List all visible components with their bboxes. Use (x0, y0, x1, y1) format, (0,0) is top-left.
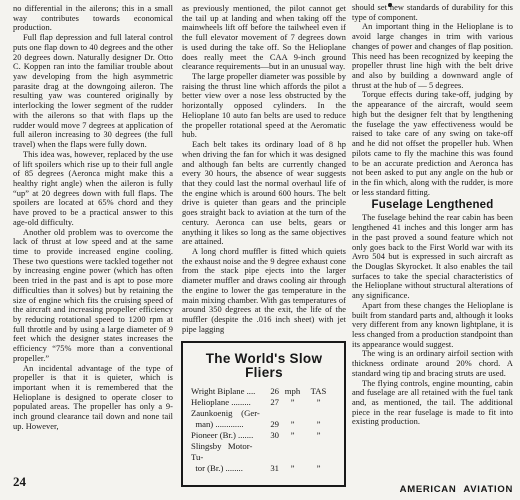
table-cell-unit: ” (306, 430, 331, 441)
paragraph: This idea was, however, replaced by the … (13, 150, 173, 228)
magazine-page: { "page": { "number": "24", "footer_bran… (0, 0, 520, 500)
table-cell-unit: mph (279, 386, 306, 397)
table-cell-value: 29 (264, 419, 279, 430)
paragraph: as previously mentioned, the pilot canno… (182, 4, 346, 72)
paragraph: A long chord muffler is fitted which qui… (182, 247, 346, 334)
table-row: Wright Biplane .... 26 mph TAS (191, 386, 337, 397)
table-cell-unit: ” (279, 419, 306, 430)
page-number: 24 (13, 474, 26, 490)
slow-fliers-table: The World's Slow Fliers Wright Biplane .… (181, 341, 346, 486)
text-column-2: as previously mentioned, the pilot canno… (182, 4, 346, 487)
paragraph: Torque effects during take-off, judging … (352, 90, 513, 197)
table-cell-value: 26 (264, 386, 279, 397)
table-cell-value: 30 (264, 430, 279, 441)
text-column-1: no differential in the ailerons; this in… (13, 4, 173, 432)
paragraph: Full flap depression and full lateral co… (13, 33, 173, 150)
table-cell-name: Slingsby Motor-Tu- (191, 441, 264, 463)
table-row: Zaunkoenig (Ger- (191, 408, 337, 419)
table-cell-unit: TAS (306, 386, 331, 397)
table-cell-name: Zaunkoenig (Ger- (191, 408, 264, 419)
table-cell-unit: ” (306, 397, 331, 408)
text-column-3: should set new standards of durability f… (352, 3, 513, 427)
table-cell-unit: ” (279, 463, 306, 474)
table-cell-value: 27 (264, 397, 279, 408)
table-cell-name: Wright Biplane .... (191, 386, 264, 397)
paragraph: The flying controls, engine mounting, ca… (352, 379, 513, 428)
table-cell-name: man) ............. (191, 419, 264, 430)
table-cell-unit: ” (306, 463, 331, 474)
paragraph: Each belt takes its ordinary load of 8 h… (182, 140, 346, 247)
paragraph: The large propeller diameter was possibl… (182, 72, 346, 140)
table-cell-unit: ” (306, 419, 331, 430)
table-row: man) ............. 29 ” ” (191, 419, 337, 430)
paragraph: An important thing in the Helioplane is … (352, 22, 513, 90)
section-heading-fuselage-lengthened: Fuselage Lengthened (352, 199, 513, 212)
slow-fliers-table-title: The World's Slow Fliers (191, 352, 337, 380)
table-cell-name: tor (Br.) ........ (191, 463, 264, 474)
table-cell-unit: ” (279, 397, 306, 408)
table-row: Helioplane ......... 27 ” ” (191, 397, 337, 408)
paragraph: Another old problem was to overcome the … (13, 228, 173, 364)
table-cell-name: Pioneer (Br.) ....... (191, 430, 264, 441)
table-row: Slingsby Motor-Tu- (191, 441, 337, 463)
paragraph: no differential in the ailerons; this in… (13, 4, 173, 33)
paragraph: should set new standards of durability f… (352, 3, 513, 22)
paragraph: Apart from these changes the Helioplane … (352, 301, 513, 350)
table-cell-unit: ” (279, 430, 306, 441)
table-row: tor (Br.) ........ 31 ” ” (191, 463, 337, 474)
paragraph: The fuselage behind the rear cabin has b… (352, 213, 513, 300)
table-cell-value: 31 (264, 463, 279, 474)
paragraph: An incidental advantage of the type of p… (13, 364, 173, 432)
paragraph: The wing is an ordinary airfoil section … (352, 349, 513, 378)
table-cell-name: Helioplane ......... (191, 397, 264, 408)
magazine-name: AMERICAN AVIATION (400, 484, 513, 495)
table-row: Pioneer (Br.) ....... 30 ” ” (191, 430, 337, 441)
